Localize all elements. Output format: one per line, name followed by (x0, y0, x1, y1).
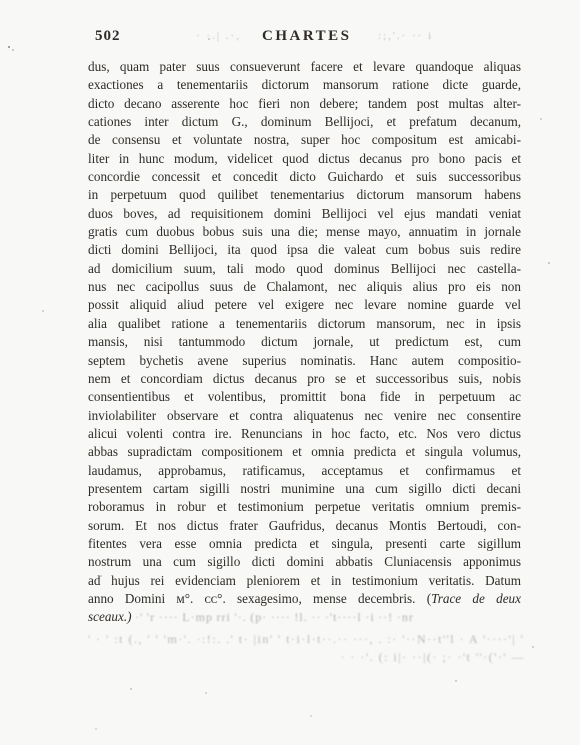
text-segment: laudamus, approbamus, ratificamus, accep… (88, 463, 521, 478)
bleed-through-segment: ·' 'r ···· L·mp rri '·. (p· ···· !l. ·· … (132, 610, 414, 624)
text-segment: consentientibus et volentibus, promittit… (88, 389, 521, 404)
text-segment: in perpetuum quod quilibet tenementarius… (88, 187, 521, 202)
text-segment: roboramus in robur et testimonium perpet… (88, 499, 521, 514)
text-segment: alicui volenti contra ire. Renuncians in… (88, 426, 521, 441)
page-number: 502 (95, 28, 121, 45)
text-segment: ad domicilium suum, tali modo quod domin… (88, 261, 521, 276)
text-segment: Trace de deux (431, 591, 521, 606)
text-segment: inviolabiliter observare et contra aliqu… (88, 408, 521, 423)
text-segment: nem et concordiam dictus decanus pro se … (88, 371, 521, 386)
text-segment: dus, quam pater suus consueverunt facere… (88, 59, 521, 74)
text-line: dicti domini Bellijoci, ita quod ipsa di… (88, 241, 521, 259)
text-line: duos boves, ad requisitionem domini Bell… (88, 205, 521, 223)
text-segment: possit aliquid aliud petere vel exigere … (88, 297, 521, 312)
text-line: presentem cartam sigilli nostri munimine… (88, 480, 521, 498)
text-segment: nostrum una cum sigillo dicti domini abb… (88, 554, 521, 569)
text-line: cationes inter dictum G., dominum Bellij… (88, 113, 521, 131)
text-line: exactiones a tenementariis dictorum mans… (88, 76, 521, 94)
text-line: fitentes vera esse omnia predicta et sin… (88, 535, 521, 553)
text-line: mansis, nisi tantummodo dictum jornale, … (88, 333, 521, 351)
text-line: sceaux.) ·' 'r ···· L·mp rri '·. (p· ···… (88, 608, 521, 626)
text-segment: septem bychetis avene superius nominatis… (88, 353, 521, 368)
scanned-book-page: 502 · ·.| .·, CHARTES :;,'.· ·· i dus, q… (0, 0, 580, 745)
text-line: in perpetuum quod quilibet tenementarius… (88, 186, 521, 204)
text-segment: nus nec cacipollus suus de Chalamont, ne… (88, 279, 521, 294)
charter-text-block: dus, quam pater suus consueverunt facere… (88, 58, 521, 627)
scan-specks (0, 0, 2, 2)
running-title: CHARTES (262, 28, 352, 45)
text-line: roboramus in robur et testimonium perpet… (88, 498, 521, 516)
text-segment: cationes inter dictum G., dominum Bellij… (88, 114, 521, 129)
text-line: alia qualibet ratione a tenementariis di… (88, 315, 521, 333)
text-line: nem et concordiam dictus decanus pro se … (88, 370, 521, 388)
text-segment: fitentes vera esse omnia predicta et sin… (88, 536, 521, 551)
text-segment: anno Domini ᴍ°. ᴄᴄ°. sexagesimo, mense d… (88, 591, 431, 606)
text-line: alicui volenti contra ire. Renuncians in… (88, 425, 521, 443)
text-line: septem bychetis avene superius nominatis… (88, 352, 521, 370)
text-segment: liter in hunc modum, videlicet quod dict… (88, 151, 521, 166)
text-line: possit aliquid aliud petere vel exigere … (88, 296, 521, 314)
scan-noise-right: :;,'.· ·· i (378, 30, 433, 42)
text-segment: dicti domini Bellijoci, ita quod ipsa di… (88, 242, 521, 257)
text-segment: exactiones a tenementariis dictorum mans… (88, 77, 521, 92)
text-segment: presentem cartam sigilli nostri munimine… (88, 481, 521, 496)
text-line: abbas supradictam compositionem et omnia… (88, 443, 521, 461)
text-segment: alia qualibet ratione a tenementariis di… (88, 316, 521, 331)
text-segment: duos boves, ad requisitionem domini Bell… (88, 206, 521, 221)
text-line: dicto decano asserente hoc fieri non deb… (88, 95, 521, 113)
text-line: anno Domini ᴍ°. ᴄᴄ°. sexagesimo, mense d… (88, 590, 521, 608)
text-segment: abbas supradictam compositionem et omnia… (88, 444, 521, 459)
text-segment: mansis, nisi tantummodo dictum jornale, … (88, 334, 521, 349)
text-line: ad domicilium suum, tali modo quod domin… (88, 260, 521, 278)
text-line: laudamus, approbamus, ratificamus, accep… (88, 462, 521, 480)
text-line: inviolabiliter observare et contra aliqu… (88, 407, 521, 425)
text-segment: sorum. Et nos dictus frater Gaufridus, d… (88, 518, 521, 533)
scan-noise-left: · ·.| .·, (196, 30, 241, 42)
text-segment: concordie concessit et concedit dicto Gu… (88, 169, 521, 184)
text-line: gratis cum duobus bobus suis una die; me… (88, 223, 521, 241)
bleed-through-line: · · ·'. (: i|· ··|(· ;· ·'t ''·('·' — (88, 650, 525, 666)
text-line: ad hujus rei evidenciam pleniorem et in … (88, 572, 521, 590)
text-segment: sceaux.) (88, 609, 132, 624)
text-line: liter in hunc modum, videlicet quod dict… (88, 150, 521, 168)
text-segment: ad hujus rei evidenciam pleniorem et in … (88, 573, 521, 588)
bleed-through-line: ' · ' :t (., ' ' 'm·'. ·:!:. .' t· |in' … (88, 632, 525, 648)
page-header: 502 · ·.| .·, CHARTES :;,'.· ·· i (0, 28, 580, 48)
text-segment: gratis cum duobus bobus suis una die; me… (88, 224, 521, 239)
text-line: dus, quam pater suus consueverunt facere… (88, 58, 521, 76)
text-line: de consensu et voluntate nostra, super h… (88, 131, 521, 149)
text-segment: dicto decano asserente hoc fieri non deb… (88, 96, 521, 111)
text-line: concordie concessit et concedit dicto Gu… (88, 168, 521, 186)
text-line: sorum. Et nos dictus frater Gaufridus, d… (88, 517, 521, 535)
text-line: consentientibus et volentibus, promittit… (88, 388, 521, 406)
text-segment: de consensu et voluntate nostra, super h… (88, 132, 521, 147)
text-line: nostrum una cum sigillo dicti domini abb… (88, 553, 521, 571)
text-line: nus nec cacipollus suus de Chalamont, ne… (88, 278, 521, 296)
